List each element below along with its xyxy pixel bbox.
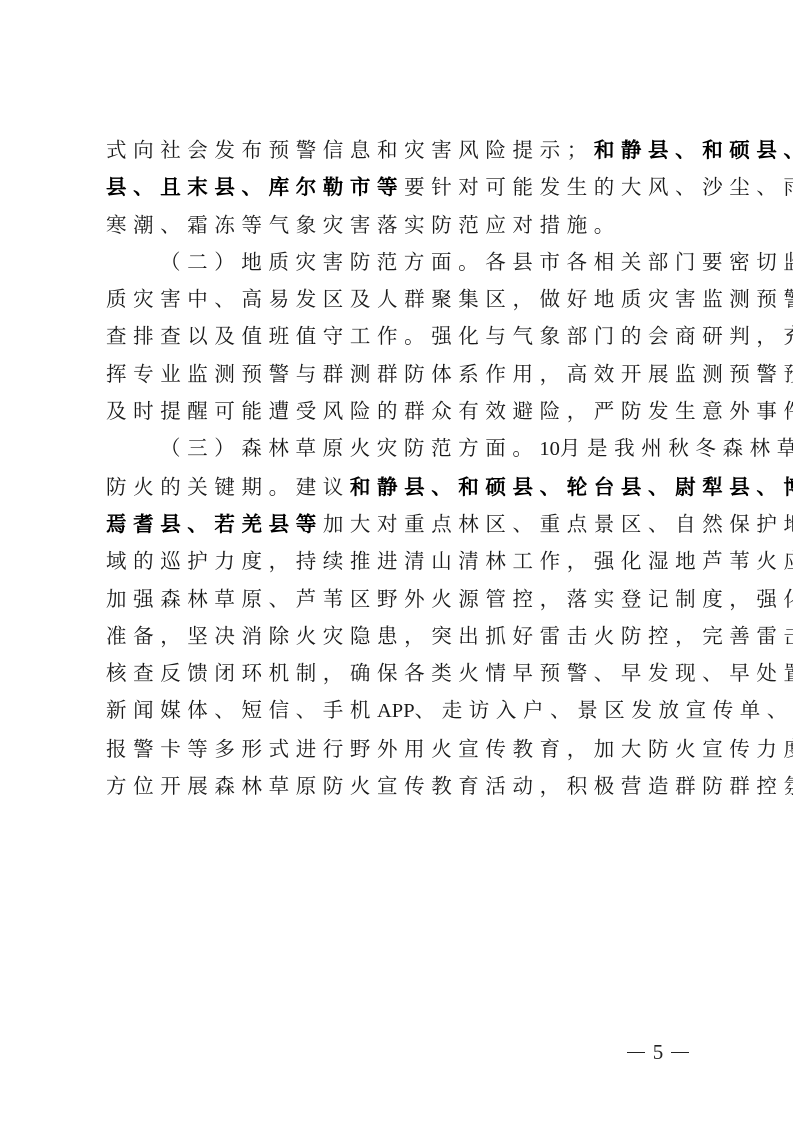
body-text: 。 (512, 436, 539, 460)
page-footer: 5 (618, 1040, 698, 1065)
body-text: 10 (539, 438, 560, 460)
text-line: 域的巡护力度，持续推进清山清林工作，强化湿地芦苇火应对， (106, 543, 690, 580)
body-text: 防火的关键期。建议 (106, 475, 350, 499)
paragraph-p1-continuation: 式向社会发布预警信息和灾害风险提示；和静县、和硕县、若羌县、且末县、库尔勒市等要… (106, 132, 690, 244)
body-text: 式向社会发布预警信息和灾害风险提示； (106, 138, 594, 162)
body-text: 及时提醒可能遭受风险的群众有效避险，严防发生意外事件。 (106, 399, 793, 423)
document-page: 式向社会发布预警信息和灾害风险提示；和静县、和硕县、若羌县、且末县、库尔勒市等要… (0, 0, 793, 1122)
paragraph-p2-geological: （二）地质灾害防范方面。各县市各相关部门要密切监测地质灾害中、高易发区及人群聚集… (106, 244, 690, 430)
dash-right (671, 1052, 689, 1053)
body-text: 质灾害中、高易发区及人群聚集区，做好地质灾害监测预警、巡 (106, 287, 793, 311)
body-text: 。各县市各相关部门要密切监测地 (458, 250, 793, 274)
text-line: 挥专业监测预警与群测群防体系作用，高效开展监测预警预报， (106, 356, 690, 393)
bold-text: 焉耆县、若羌县等 (106, 512, 323, 536)
text-line: 准备，坚决消除火灾隐患，突出抓好雷击火防控，完善雷击点位 (106, 618, 690, 655)
body-text: 加强森林草原、芦苇区野外火源管控，落实登记制度，强化应急 (106, 587, 793, 611)
body-text: 寒潮、霜冻等气象灾害落实防范应对措施。 (106, 213, 621, 237)
body-text: 准备，坚决消除火灾隐患，突出抓好雷击火防控，完善雷击点位 (106, 624, 793, 648)
body-text: 方位开展森林草原防火宣传教育活动，积极营造群防群控氛围。 (106, 774, 793, 798)
text-line: 报警卡等多形式进行野外用火宣传教育，加大防火宣传力度，全 (106, 731, 690, 768)
section-heading: （三）森林草原火灾防范方面 (160, 436, 512, 460)
page-number: 5 (653, 1040, 664, 1065)
text-line: 查排查以及值班值守工作。强化与气象部门的会商研判，充分发 (106, 318, 690, 355)
text-line: 焉耆县、若羌县等加大对重点林区、重点景区、自然保护地等区 (106, 506, 690, 543)
body-text: 挥专业监测预警与群测群防体系作用，高效开展监测预警预报， (106, 362, 793, 386)
text-line: 及时提醒可能遭受风险的群众有效避险，严防发生意外事件。 (106, 393, 690, 430)
text-line: 式向社会发布预警信息和灾害风险提示；和静县、和硕县、若羌 (106, 132, 690, 169)
body-text: 查排查以及值班值守工作。强化与气象部门的会商研判，充分发 (106, 324, 793, 348)
text-line: 新闻媒体、短信、手机APP、走访入户、景区发放宣传单、粘贴 (106, 692, 690, 730)
bold-text: 县、且末县、库尔勒市等 (106, 175, 404, 199)
text-line: （二）地质灾害防范方面。各县市各相关部门要密切监测地 (106, 244, 690, 281)
text-line: 核查反馈闭环机制，确保各类火情早预警、早发现、早处置。以 (106, 655, 690, 692)
body-text: 月是我州秋冬森林草原 (560, 436, 793, 460)
text-line: 加强森林草原、芦苇区野外火源管控，落实登记制度，强化应急 (106, 581, 690, 618)
body-text: 加大对重点林区、重点景区、自然保护地等区 (323, 512, 793, 536)
paragraph-p3-forest-fire: （三）森林草原火灾防范方面。10月是我州秋冬森林草原防火的关键期。建议和静县、和… (106, 430, 690, 805)
body-text: 报警卡等多形式进行野外用火宣传教育，加大防火宣传力度，全 (106, 737, 793, 761)
section-heading: （二）地质灾害防范方面 (160, 250, 458, 274)
text-line: 防火的关键期。建议和静县、和硕县、轮台县、尉犁县、博湖县、 (106, 469, 690, 506)
body-text: 域的巡护力度，持续推进清山清林工作，强化湿地芦苇火应对， (106, 549, 793, 573)
text-line: 方位开展森林草原防火宣传教育活动，积极营造群防群控氛围。 (106, 768, 690, 805)
body-text: 、走访入户、景区发放宣传单、粘贴 (415, 698, 793, 722)
body-text: 新闻媒体、短信、手机 (106, 698, 377, 722)
text-line: （三）森林草原火灾防范方面。10月是我州秋冬森林草原 (106, 430, 690, 468)
body-text: APP (377, 700, 415, 722)
dash-left (627, 1052, 645, 1053)
text-line: 县、且末县、库尔勒市等要针对可能发生的大风、沙尘、雨雪、 (106, 169, 690, 206)
bold-text: 和静县、和硕县、轮台县、尉犁县、博湖县、 (350, 475, 793, 499)
document-body: 式向社会发布预警信息和灾害风险提示；和静县、和硕县、若羌县、且末县、库尔勒市等要… (106, 132, 690, 805)
text-line: 质灾害中、高易发区及人群聚集区，做好地质灾害监测预警、巡 (106, 281, 690, 318)
body-text: 核查反馈闭环机制，确保各类火情早预警、早发现、早处置。以 (106, 661, 793, 685)
bold-text: 和静县、和硕县、若羌 (594, 138, 793, 162)
text-line: 寒潮、霜冻等气象灾害落实防范应对措施。 (106, 207, 690, 244)
body-text: 要针对可能发生的大风、沙尘、雨雪、 (404, 175, 793, 199)
